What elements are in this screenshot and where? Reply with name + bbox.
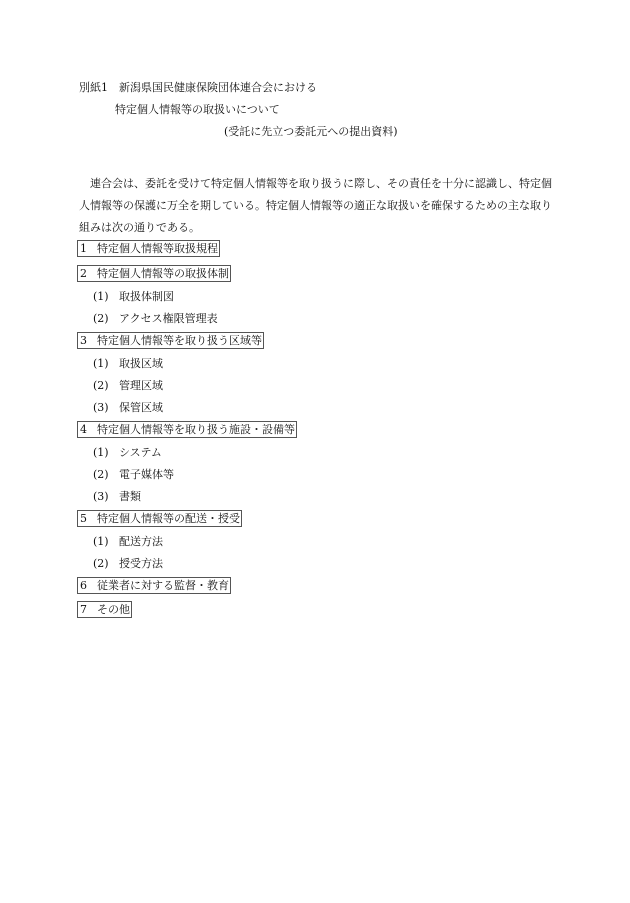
item-number: (1) [93,445,119,460]
item-number: (1) [93,356,119,371]
section-number: 1 [80,241,97,256]
section-heading-7: 7その他 [77,601,132,618]
section-number: 3 [80,333,97,348]
section-number: 5 [80,511,97,526]
document-page: 別紙1 新潟県国民健康保険団体連合会における 特定個人情報等の取扱いについて (… [0,0,630,903]
list-item: (3)保管区域 [93,400,163,415]
section-title: その他 [97,603,130,616]
item-number: (2) [93,556,119,571]
section-title: 特定個人情報等を取り扱う施設・設備等 [97,423,295,436]
item-number: (2) [93,378,119,393]
section-title: 特定個人情報等の配送・授受 [97,512,240,525]
section-number: 2 [80,266,97,281]
section-heading-6: 6従業者に対する監督・教育 [77,577,231,594]
item-label: 保管区域 [119,401,163,414]
item-label: アクセス権限管理表 [119,312,218,325]
item-label: 配送方法 [119,535,163,548]
section-number: 7 [80,602,97,617]
section-title: 特定個人情報等取扱規程 [97,242,218,255]
list-item: (3)書類 [93,489,141,504]
item-label: 取扱区域 [119,357,163,370]
item-number: (2) [93,311,119,326]
item-number: (3) [93,489,119,504]
section-title: 特定個人情報等の取扱体制 [97,267,229,280]
list-item: (2)授受方法 [93,556,163,571]
item-label: 電子媒体等 [119,468,174,481]
item-number: (3) [93,400,119,415]
item-number: (1) [93,289,119,304]
list-item: (1)配送方法 [93,534,163,549]
item-label: 授受方法 [119,557,163,570]
list-item: (1)取扱区域 [93,356,163,371]
intro-text: 連合会は、委託を受けて特定個人情報等を取り扱うに際し、その責任を十分に認識し、特… [79,177,552,234]
document-title-line2: 特定個人情報等の取扱いについて [115,103,280,117]
list-item: (1)取扱体制図 [93,289,174,304]
item-label: 書類 [119,490,141,503]
section-heading-5: 5特定個人情報等の配送・授受 [77,510,242,527]
item-label: 管理区域 [119,379,163,392]
section-title: 特定個人情報等を取り扱う区域等 [97,334,262,347]
section-heading-4: 4特定個人情報等を取り扱う施設・設備等 [77,421,297,438]
document-title-line1: 別紙1 新潟県国民健康保険団体連合会における [79,81,317,95]
item-label: 取扱体制図 [119,290,174,303]
item-number: (2) [93,467,119,482]
section-number: 6 [80,578,97,593]
list-item: (1)システム [93,445,162,460]
item-number: (1) [93,534,119,549]
list-item: (2)アクセス権限管理表 [93,311,218,326]
section-heading-3: 3特定個人情報等を取り扱う区域等 [77,332,264,349]
document-subtitle: (受託に先立つ委託元への提出資料) [224,125,398,139]
list-item: (2)電子媒体等 [93,467,174,482]
section-number: 4 [80,422,97,437]
section-heading-1: 1特定個人情報等取扱規程 [77,240,220,257]
intro-paragraph: 連合会は、委託を受けて特定個人情報等を取り扱うに際し、その責任を十分に認識し、特… [79,173,559,239]
item-label: システム [119,446,162,459]
section-title: 従業者に対する監督・教育 [97,579,229,592]
section-heading-2: 2特定個人情報等の取扱体制 [77,265,231,282]
list-item: (2)管理区域 [93,378,163,393]
